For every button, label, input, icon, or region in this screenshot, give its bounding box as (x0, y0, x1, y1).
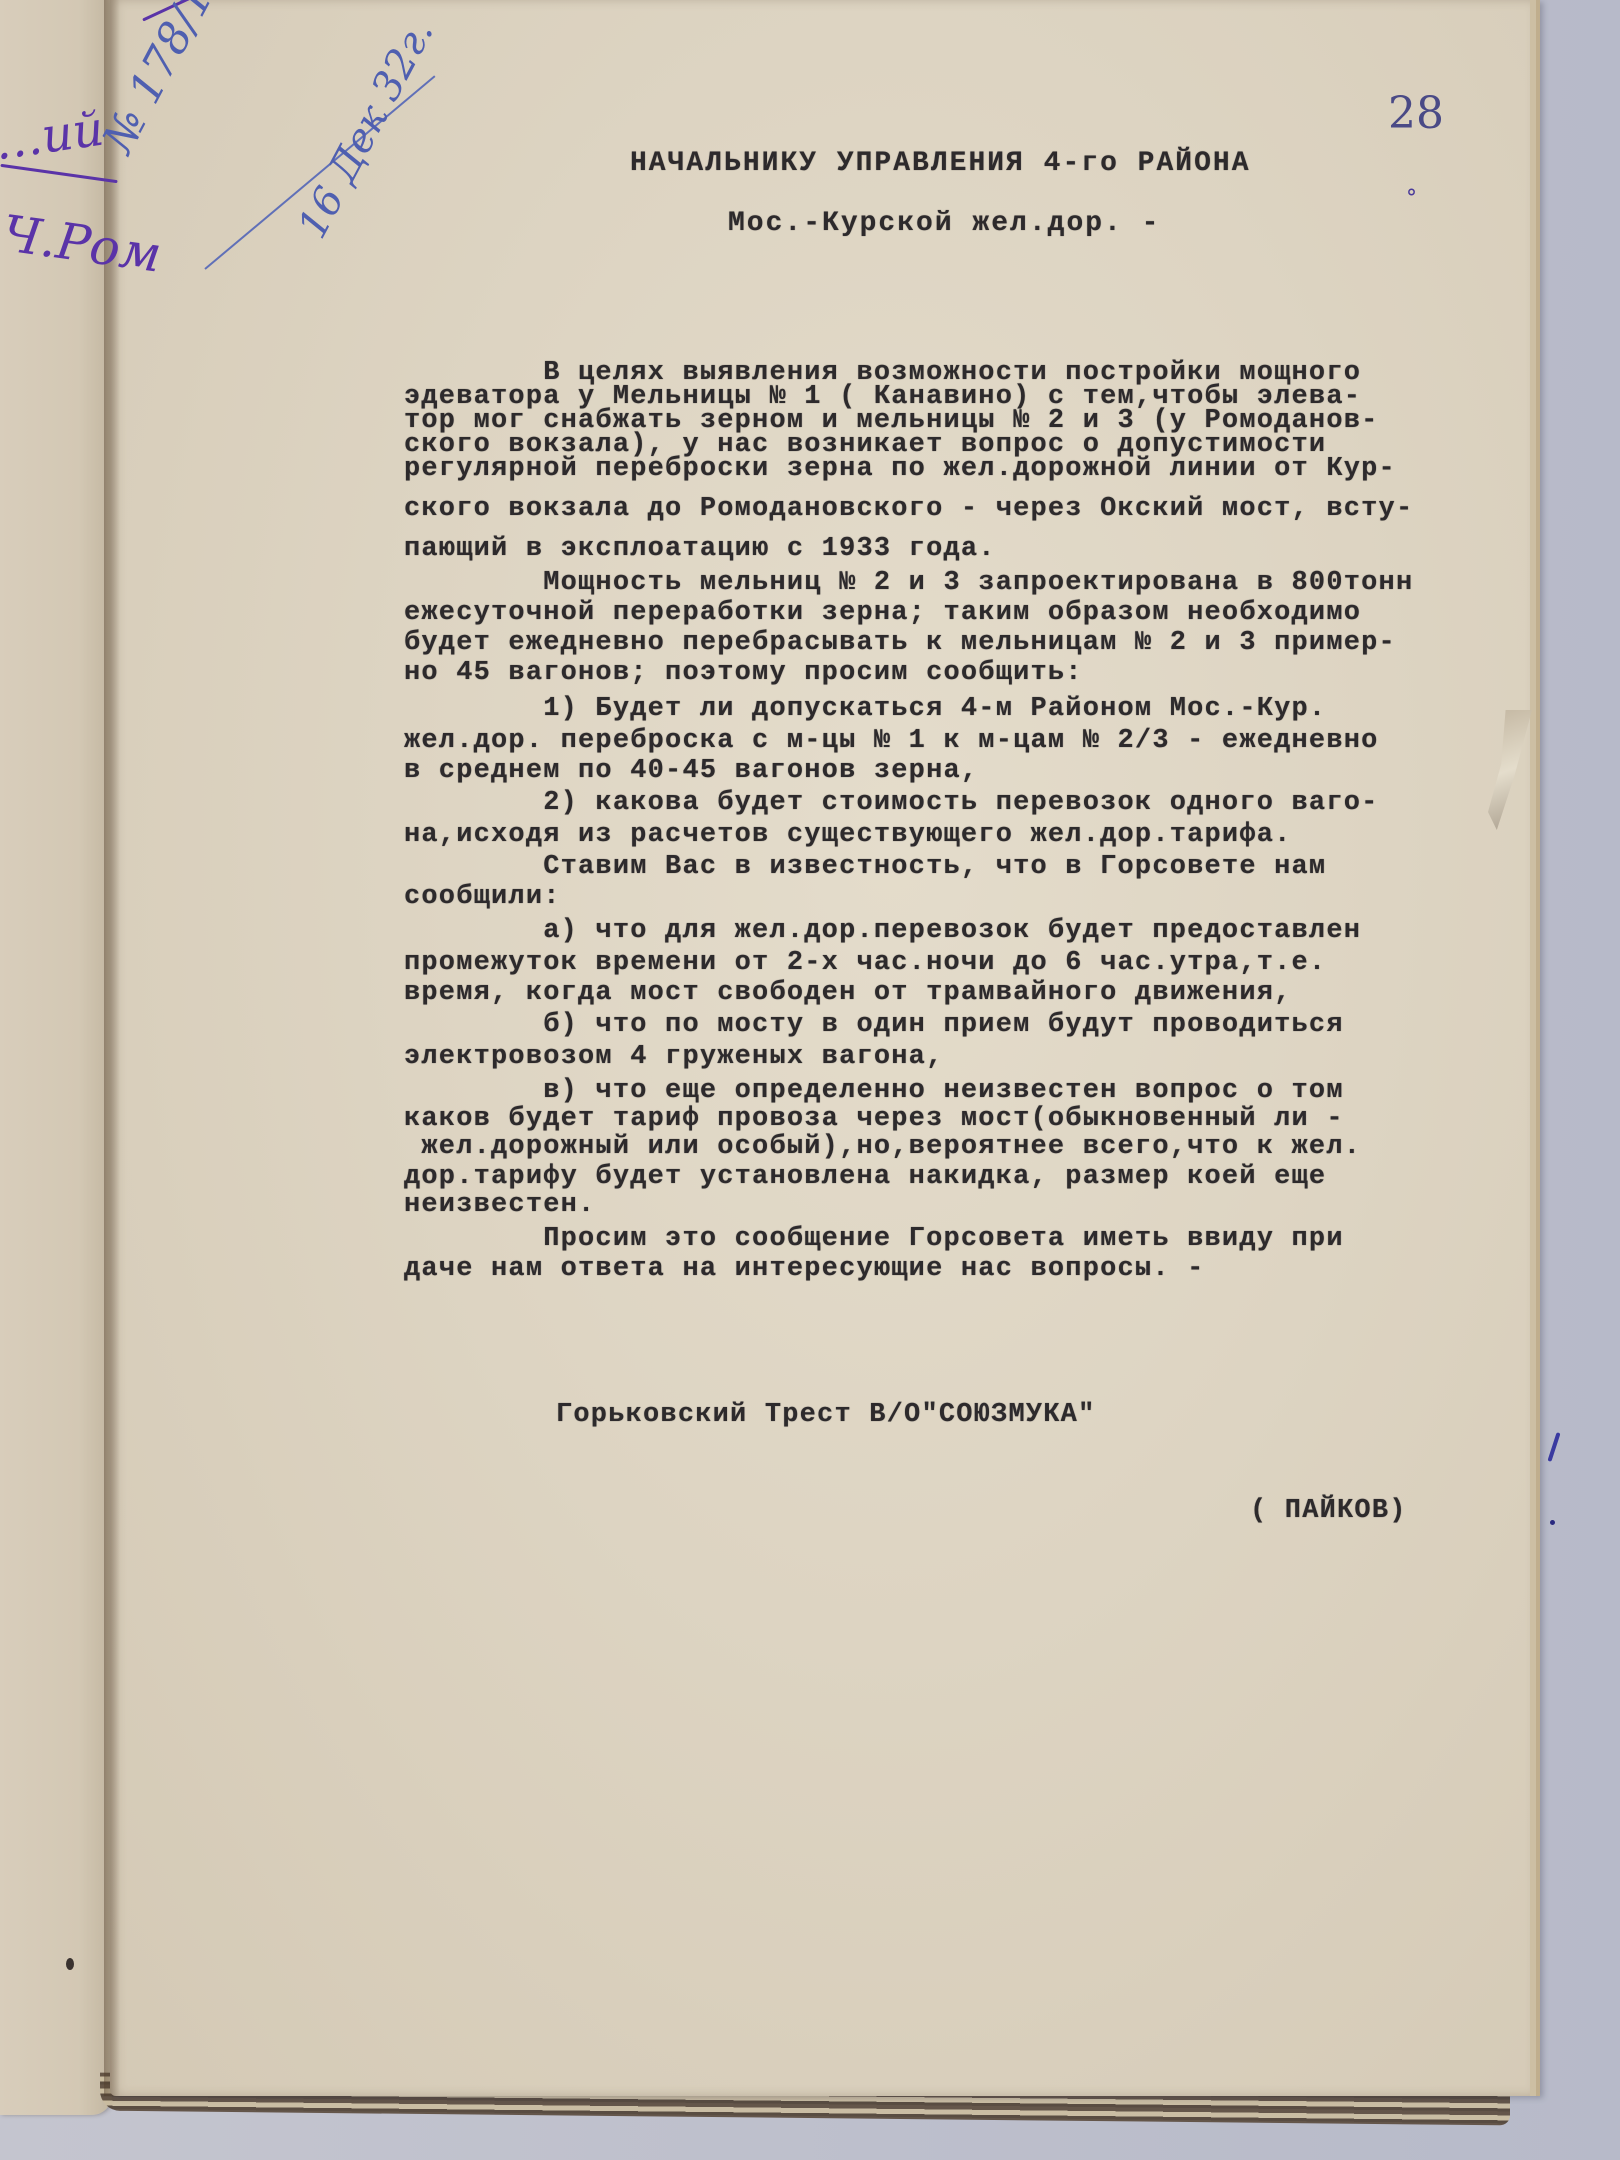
body-line: ежесуточной переработки зерна; таким обр… (404, 598, 1361, 628)
edge-ink-dot (1550, 1520, 1555, 1525)
addressee-line-2: Мос.-Курской жел.дор. - (728, 208, 1160, 239)
body-line: Мощность мельниц № 2 и 3 запроектирована… (404, 568, 1413, 598)
body-line: пающий в эксплоатацию с 1933 года. (404, 534, 996, 564)
body-line: а) что для жел.дор.перевозок будет предо… (404, 916, 1361, 946)
body-line: сообщили: (404, 882, 561, 912)
body-line: на,исходя из расчетов существующего жел.… (404, 820, 1292, 850)
body-line: регулярной переброски зерна по жел.дорож… (404, 454, 1396, 484)
body-line: время, когда мост свободен от трамвайног… (404, 978, 1292, 1008)
body-line: ского вокзала до Ромодановского - через … (404, 494, 1413, 524)
body-line: электровозом 4 груженых вагона, (404, 1042, 943, 1072)
body-line: жел.дорожный или особый),но,вероятнее вс… (404, 1132, 1361, 1162)
body-line: неизвестен. (404, 1190, 595, 1220)
spine-shadow (104, 0, 120, 2096)
binding-hole (66, 1958, 74, 1970)
sender-organization: Горьковский Трест В/О"СОЮЗМУКА" (556, 1400, 1095, 1430)
body-line: в среднем по 40-45 вагонов зерна, (404, 756, 978, 786)
page-number-mark: ° (1406, 186, 1417, 211)
addressee-line-1: НАЧАЛЬНИКУ УПРАВЛЕНИЯ 4-го РАЙОНА (630, 148, 1251, 179)
body-line: б) что по мосту в один прием будут прово… (404, 1010, 1344, 1040)
body-line: Просим это сообщение Горсовета иметь вви… (404, 1224, 1344, 1254)
body-line: даче нам ответа на интересующие нас вопр… (404, 1254, 1205, 1284)
body-line: каков будет тариф провоза через мост(обы… (404, 1104, 1344, 1134)
page-number: 28 (1388, 88, 1444, 139)
signatory-name: ( ПАЙКОВ) (1250, 1496, 1407, 1526)
body-line: Ставим Вас в известность, что в Горсовет… (404, 852, 1326, 882)
body-line: в) что еще определенно неизвестен вопрос… (404, 1076, 1344, 1106)
body-line: дор.тарифу будет установлена накидка, ра… (404, 1162, 1326, 1192)
body-line: жел.дор. переброска с м-цы № 1 к м-цам №… (404, 726, 1379, 756)
body-line: но 45 вагонов; поэтому просим сообщить: (404, 658, 1083, 688)
body-line: будет ежедневно перебрасывать к мельница… (404, 628, 1396, 658)
body-line: 2) какова будет стоимость перевозок одно… (404, 788, 1379, 818)
left-page-edge (0, 0, 112, 2115)
body-line: промежуток времени от 2-х час.ночи до 6 … (404, 948, 1326, 978)
body-line: 1) Будет ли допускаться 4-м Районом Мос.… (404, 694, 1326, 724)
